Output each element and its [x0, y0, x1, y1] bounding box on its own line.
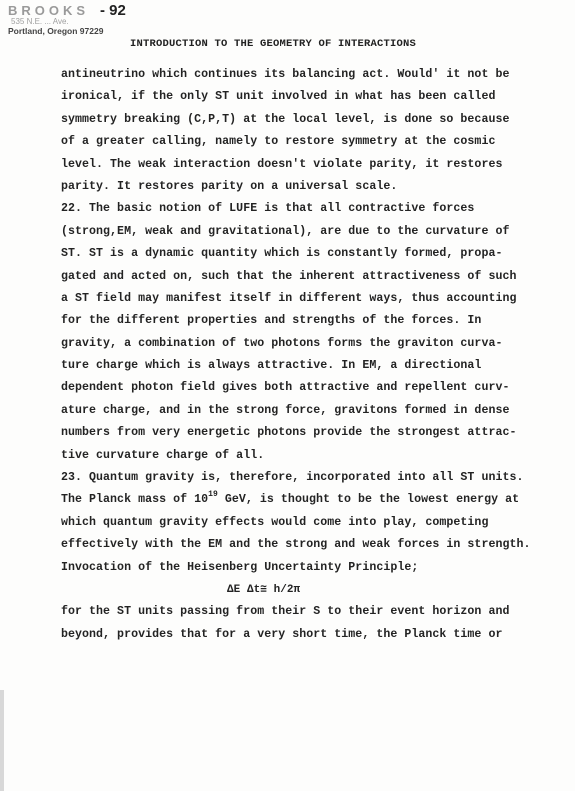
text-line: for the ST units passing from their S to… — [61, 601, 531, 623]
letterhead-city: Portland, Oregon 97229 — [8, 27, 103, 36]
document-page: BROOKS 535 N.E. ... Ave. Portland, Orego… — [0, 0, 575, 791]
text-line: gravity, a combination of two photons fo… — [61, 333, 531, 355]
text-line: effectively with the EM and the strong a… — [61, 534, 531, 556]
text-line: Invocation of the Heisenberg Uncertainty… — [61, 557, 531, 579]
page-number: - 92 — [100, 2, 126, 19]
scan-edge-shadow — [0, 690, 4, 791]
page-title: INTRODUCTION TO THE GEOMETRY OF INTERACT… — [130, 38, 416, 50]
text-line: (strong,EM, weak and gravitational), are… — [61, 221, 531, 243]
text-line: ture charge which is always attractive. … — [61, 355, 531, 377]
text-line: ature charge, and in the strong force, g… — [61, 400, 531, 422]
text-line: symmetry breaking (C,P,T) at the local l… — [61, 109, 531, 131]
text-line: a ST field may manifest itself in differ… — [61, 288, 531, 310]
paragraph-23-start: 23. Quantum gravity is, therefore, incor… — [61, 467, 531, 489]
letterhead-name: BROOKS — [8, 4, 103, 18]
text-line: tive curvature charge of all. — [61, 445, 531, 467]
exponent: 19 — [208, 490, 218, 499]
planck-mass-line: The Planck mass of 1019 GeV, is thought … — [61, 489, 531, 511]
planck-text-before: The Planck mass of 10 — [61, 493, 208, 506]
text-line: parity. It restores parity on a universa… — [61, 176, 531, 198]
paragraph-22-start: 22. The basic notion of LUFE is that all… — [61, 198, 531, 220]
letterhead-address: 535 N.E. ... Ave. — [8, 18, 103, 26]
text-line: antineutrino which continues its balanci… — [61, 64, 531, 86]
text-line: gated and acted on, such that the inhere… — [61, 266, 531, 288]
text-line: of a greater calling, namely to restore … — [61, 131, 531, 153]
text-line: ST. ST is a dynamic quantity which is co… — [61, 243, 531, 265]
text-line: dependent photon field gives both attrac… — [61, 377, 531, 399]
planck-text-after: GeV, is thought to be the lowest energy … — [218, 493, 519, 506]
text-line: beyond, provides that for a very short t… — [61, 624, 531, 646]
text-line: numbers from very energetic photons prov… — [61, 422, 531, 444]
body-text: antineutrino which continues its balanci… — [61, 64, 531, 646]
letterhead-stamp: BROOKS 535 N.E. ... Ave. Portland, Orego… — [8, 4, 103, 36]
text-line: level. The weak interaction doesn't viol… — [61, 154, 531, 176]
text-line: ironical, if the only ST unit involved i… — [61, 86, 531, 108]
uncertainty-formula: ΔE Δt≅ h/2π — [61, 579, 531, 601]
text-line: which quantum gravity effects would come… — [61, 512, 531, 534]
text-line: for the different properties and strengt… — [61, 310, 531, 332]
